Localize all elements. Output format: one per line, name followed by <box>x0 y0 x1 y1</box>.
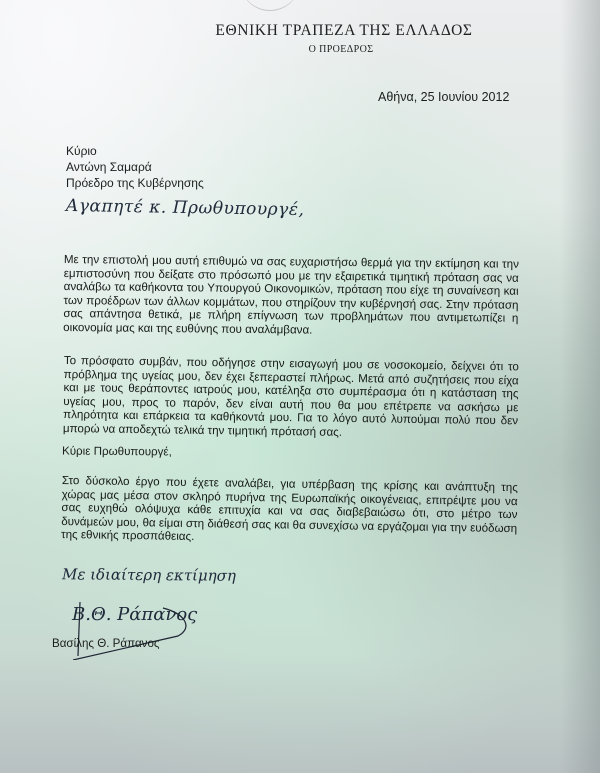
handwritten-salutation: Αγαπητέ κ. Πρωθυπουργέ, <box>66 196 305 220</box>
letterhead: ΕΘΝΙΚΗ ΤΡΑΠΕΖΑ ΤΗΣ ΕΛΛΑΔΟΣ Ο ΠΡΟΕΔΡΟΣ <box>0 22 600 55</box>
paper-shadow <box>0 653 600 773</box>
bank-name: ΕΘΝΙΚΗ ΤΡΑΠΕΖΑ ΤΗΣ ΕΛΛΑΔΟΣ <box>88 22 600 40</box>
second-address: Κύριε Πρωθυπουργέ, <box>62 445 172 459</box>
body-paragraph: Με την επιστολή μου αυτή επιθυμώ να σας … <box>63 253 519 339</box>
body-paragraph: Το πρόσφατο συμβάν, που οδήγησε στην εισ… <box>63 354 519 442</box>
handwritten-signature: Β.Θ. Ράπανος <box>72 604 197 625</box>
recipient-name: Αντώνη Σαμαρά <box>66 159 204 175</box>
handwritten-closing: Με ιδιαίτερη εκτίμηση <box>62 565 236 585</box>
stamp-mark <box>240 0 300 11</box>
recipient-title: Πρόεδρο της Κυβέρνησης <box>66 175 204 191</box>
signer-name: Βασίλης Θ. Ράπανος <box>52 637 160 650</box>
recipient-block: Κύριο Αντώνη Σαμαρά Πρόεδρο της Κυβέρνησ… <box>66 143 204 191</box>
body-paragraph: Στο δύσκολο έργο που έχετε αναλάβει, για… <box>61 474 518 549</box>
letter-date: Αθήνα, 25 Ιουνίου 2012 <box>378 90 509 104</box>
recipient-line: Κύριο <box>66 143 204 159</box>
president-title: Ο ΠΡΟΕΔΡΟΣ <box>82 44 600 55</box>
